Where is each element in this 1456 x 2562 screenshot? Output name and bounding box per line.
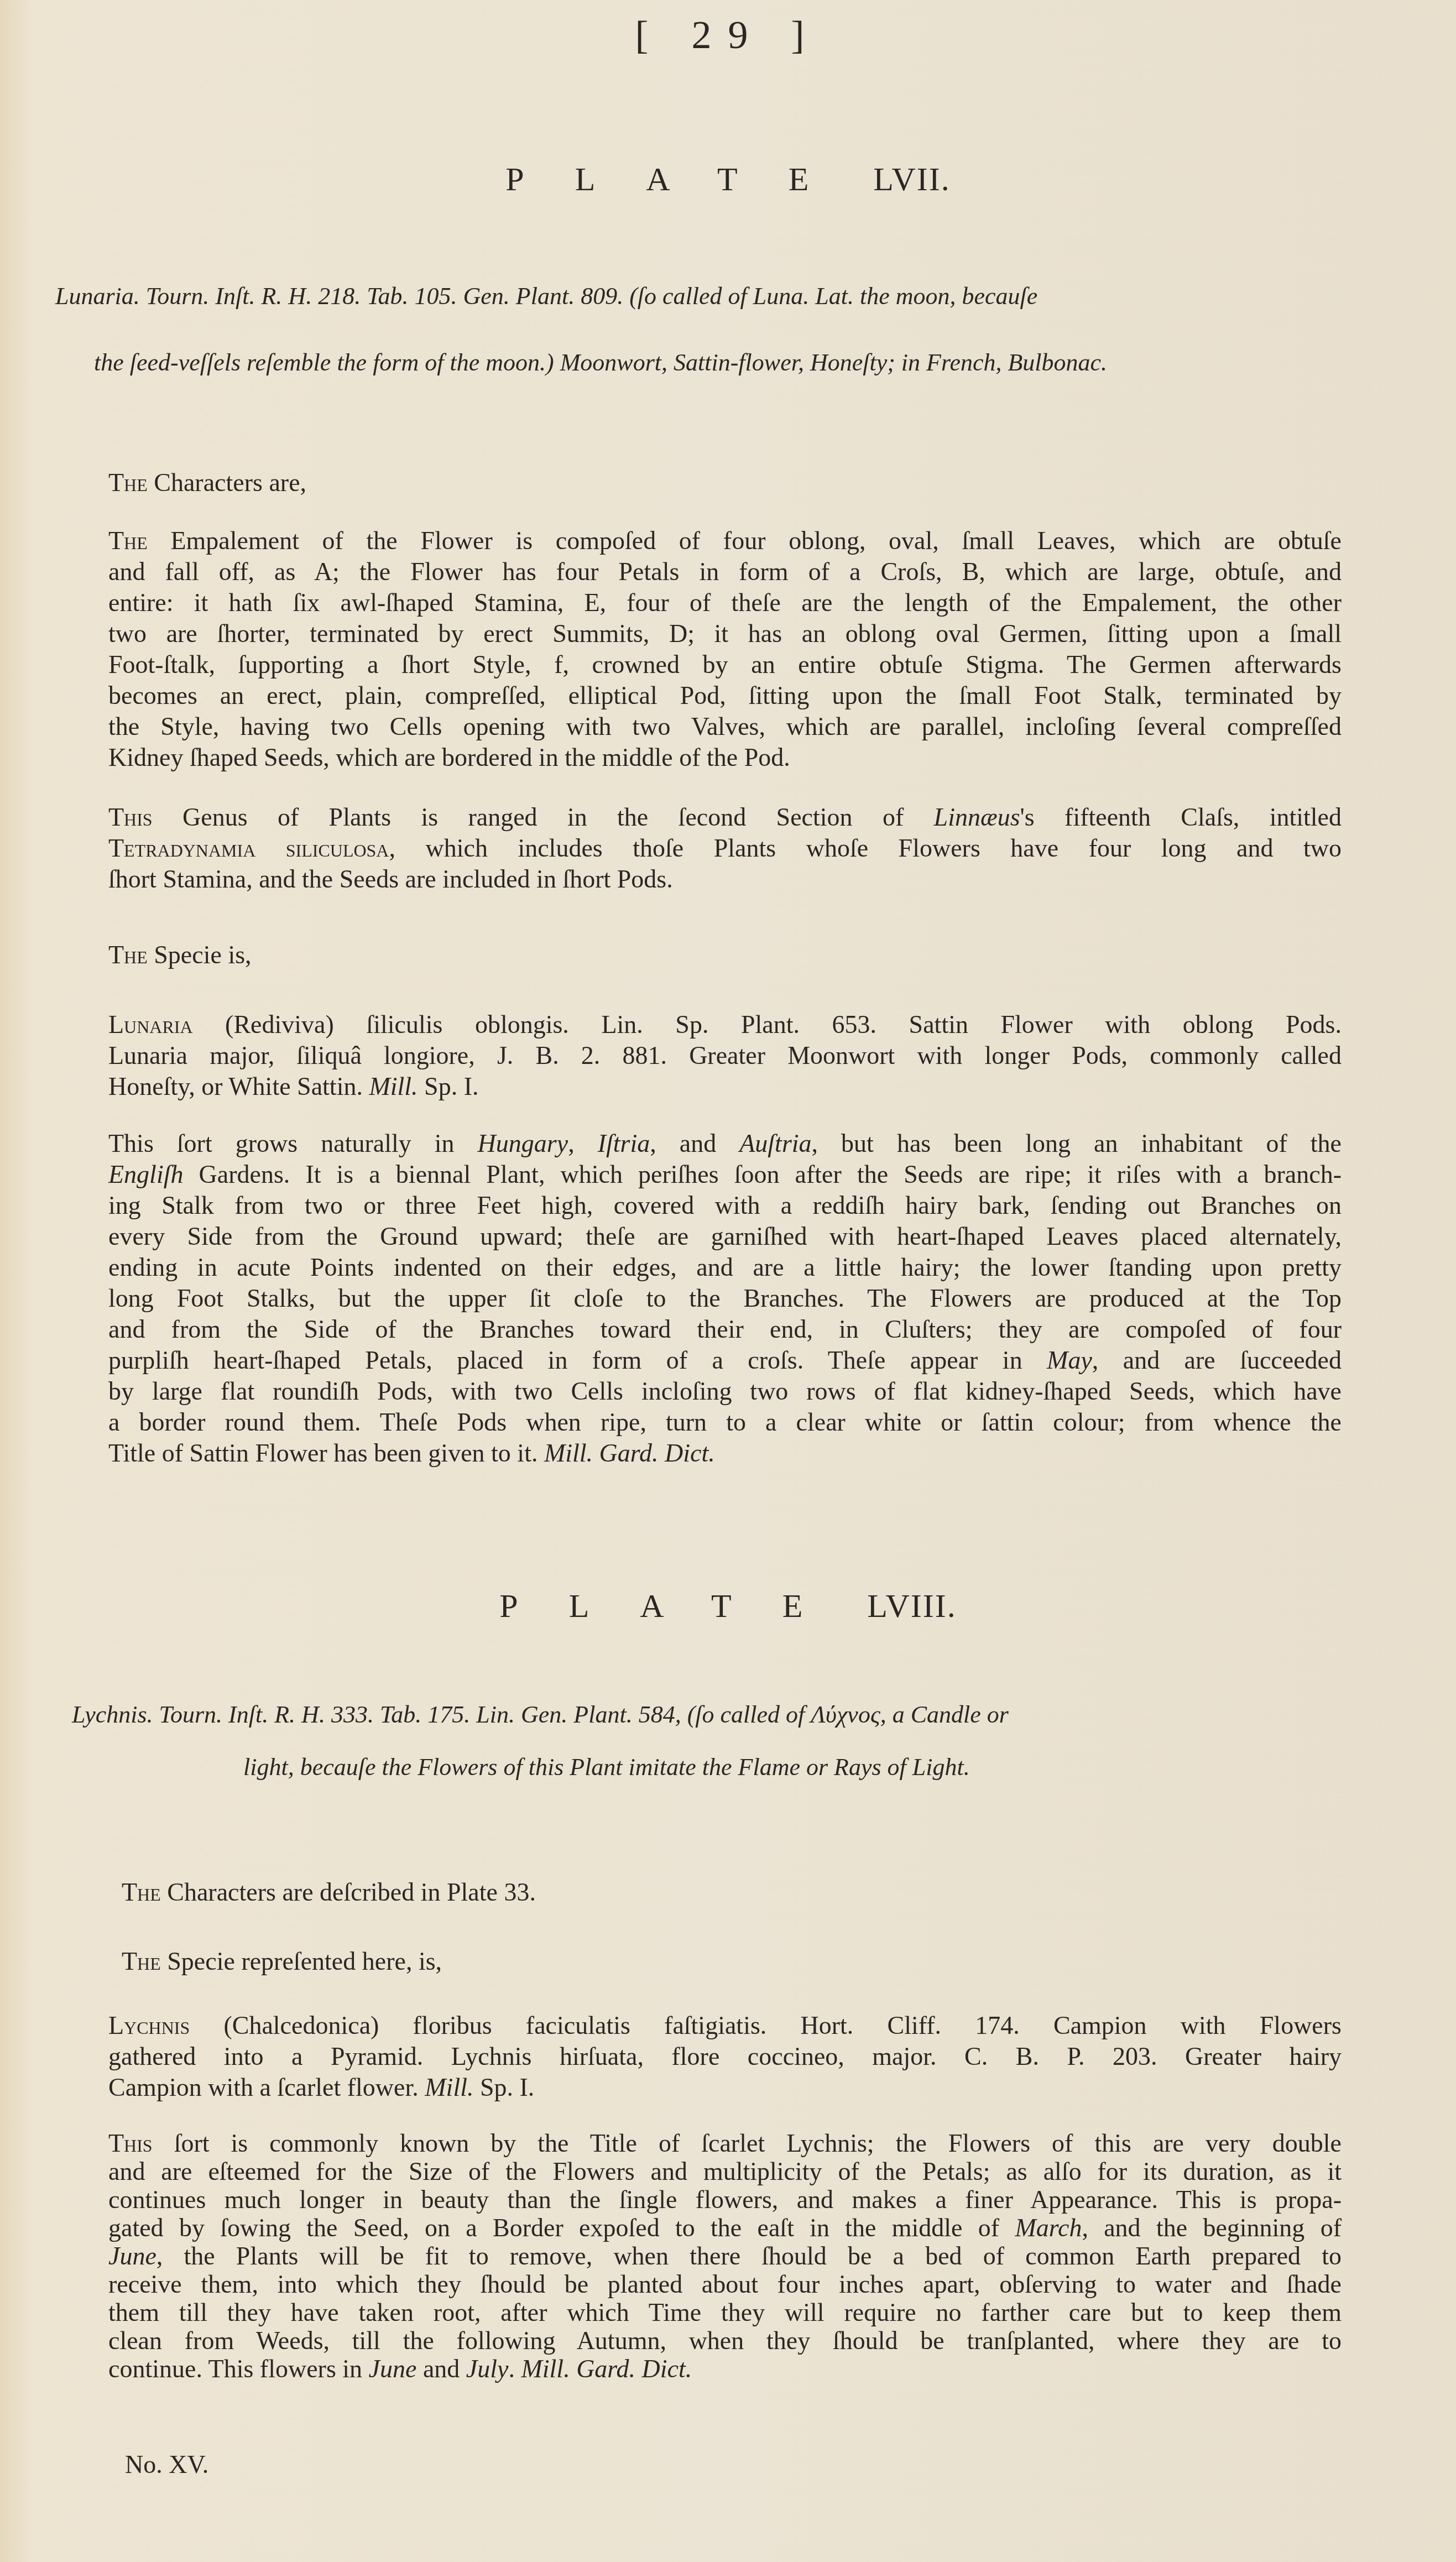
book-page: [ 29 ] PLATE LVII. Lunaria. Tourn. Inſt.…	[0, 0, 1456, 2562]
text-line: Campion with a ſcarlet flower. Mill. Sp.…	[108, 2072, 1342, 2103]
text-line: This ſort grows naturally in Hungary, Iſ…	[108, 1128, 1342, 1159]
text-line: a border round them. Theſe Pods when rip…	[108, 1407, 1342, 1438]
plate-58-description-paragraph: This ſort is commonly known by the Title…	[108, 2129, 1342, 2383]
text-line: gated by ſowing the Seed, on a Border ex…	[108, 2214, 1342, 2242]
page-number: [ 29 ]	[0, 12, 1456, 58]
plate-58-heading-line-1: Lychnis. Tourn. Inſt. R. H. 333. Tab. 17…	[72, 1700, 1410, 1729]
plate-58-heading-line-2: light, becauſe the Flowers of this Plant…	[243, 1753, 1456, 1781]
plate-57-description-paragraph: This ſort grows naturally in Hungary, Iſ…	[108, 1128, 1342, 1469]
text-line: ing Stalk from two or three Feet high, c…	[108, 1190, 1342, 1221]
catchword: No. XV.	[125, 2450, 208, 2479]
text-line: June, the Plants will be fit to remove, …	[108, 2242, 1342, 2270]
text-line: becomes an erect, plain, compreſſed, ell…	[108, 680, 1342, 711]
plate-58-characters-intro: The Characters are deſcribed in Plate 33…	[122, 1877, 536, 1907]
text-line: them till they have taken root, after wh…	[108, 2298, 1342, 2326]
plate-57-specie-paragraph: Lunaria (Rediviva) ſiliculis oblongis. L…	[108, 1009, 1342, 1102]
text-line: and from the Side of the Branches toward…	[108, 1314, 1342, 1345]
plate-57-title-word: PLATE	[505, 161, 859, 197]
text-line: The Empalement of the Flower is compoſed…	[108, 525, 1342, 556]
text-line: Kidney ſhaped Seeds, which are bordered …	[108, 742, 1342, 773]
text-line: two are ſhorter, terminated by erect Sum…	[108, 618, 1342, 649]
plate-57-title-number: LVII.	[873, 161, 950, 197]
text-line: ſhort Stamina, and the Seeds are include…	[108, 864, 1342, 895]
text-line: receive them, into which they ſhould be …	[108, 2270, 1342, 2298]
text-line: continue. This flowers in June and July.…	[108, 2355, 1342, 2383]
plate-57-heading-line-2: the ſeed-veſſels reſemble the form of th…	[94, 348, 1432, 377]
text-line: Lunaria major, ſiliquâ longiore, J. B. 2…	[108, 1040, 1342, 1071]
plate-57-specie-intro: The Specie is,	[108, 940, 252, 969]
text-line: Lychnis (Chalcedonica) floribus facicula…	[108, 2010, 1342, 2041]
plate-58-title-word: PLATE	[499, 1588, 853, 1624]
plate-57-heading-line-1: Lunaria. Tourn. Inſt. R. H. 218. Tab. 10…	[55, 282, 1394, 310]
plate-57-title: PLATE LVII.	[0, 160, 1456, 199]
text-line: Title of Sattin Flower has been given to…	[108, 1438, 1342, 1469]
text-line: Tetradynamia siliculosa, which includes …	[108, 833, 1342, 864]
text-line: Lunaria (Rediviva) ſiliculis oblongis. L…	[108, 1009, 1342, 1040]
plate-57-genus-paragraph: This Genus of Plants is ranged in the ſe…	[108, 802, 1342, 895]
text-line: purpliſh heart-ſhaped Petals, placed in …	[108, 1345, 1342, 1376]
text-line: ending in acute Points indented on their…	[108, 1252, 1342, 1283]
text-line: by large flat roundiſh Pods, with two Ce…	[108, 1376, 1342, 1407]
text-line: and are eſteemed for the Size of the Flo…	[108, 2157, 1342, 2185]
text-line: long Foot Stalks, but the upper ſit cloſ…	[108, 1283, 1342, 1314]
text-line: entire: it hath ſix awl-ſhaped Stamina, …	[108, 587, 1342, 618]
text-line: the Style, having two Cells opening with…	[108, 711, 1342, 742]
plate-58-title-number: LVIII.	[867, 1588, 956, 1624]
text-line: every Side from the Ground upward; theſe…	[108, 1221, 1342, 1252]
text-line: Honeſty, or White Sattin. Mill. Sp. I.	[108, 1071, 1342, 1102]
text-line: This ſort is commonly known by the Title…	[108, 2129, 1342, 2157]
text-line: and fall off, as A; the Flower has four …	[108, 556, 1342, 587]
text-line: Engliſh Gardens. It is a biennal Plant, …	[108, 1159, 1342, 1190]
text-line: This Genus of Plants is ranged in the ſe…	[108, 802, 1342, 833]
plate-57-characters-intro: The Characters are,	[108, 468, 306, 497]
plate-58-specie-paragraph: Lychnis (Chalcedonica) floribus facicula…	[108, 2010, 1342, 2103]
plate-58-specie-intro: The Specie repreſented here, is,	[122, 1947, 442, 1976]
text-line: gathered into a Pyramid. Lychnis hirſuat…	[108, 2041, 1342, 2072]
plate-58-title: PLATE LVIII.	[0, 1587, 1456, 1625]
text-line: clean from Weeds, till the following Aut…	[108, 2326, 1342, 2355]
plate-57-characters-paragraph: The Empalement of the Flower is compoſed…	[108, 525, 1342, 773]
text-line: continues much longer in beauty than the…	[108, 2185, 1342, 2214]
text-line: Foot-ſtalk, ſupporting a ſhort Style, f,…	[108, 649, 1342, 680]
